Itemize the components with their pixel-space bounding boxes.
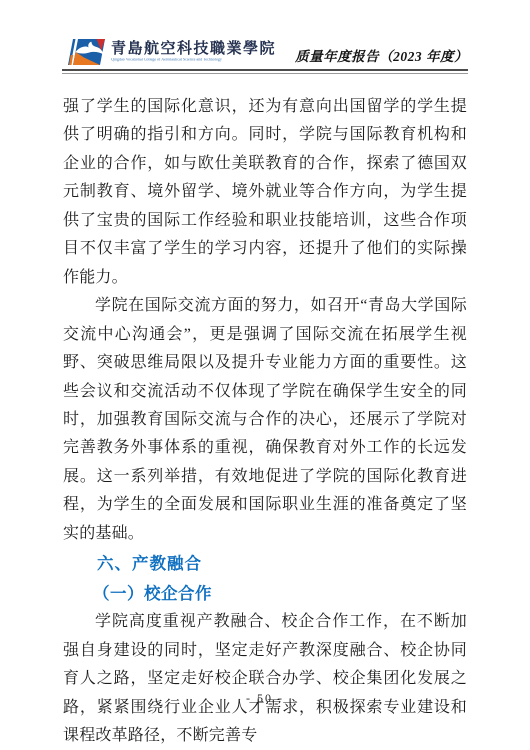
paragraph: 学院在国际交流方面的努力，如召开“青岛大学国际交流中心沟通会”，更是强调了国际交…: [63, 292, 467, 548]
section-heading: 六、产教融合: [97, 550, 467, 579]
page-header: 青島航空科技職業學院 Qingdao Vocational College of…: [62, 38, 468, 74]
college-logo-icon: [62, 38, 106, 66]
document-page: 青島航空科技職業學院 Qingdao Vocational College of…: [0, 0, 530, 750]
header-row: 青島航空科技職業學院 Qingdao Vocational College of…: [62, 38, 468, 66]
page-footer: - 50 -: [0, 691, 530, 706]
paragraph: 学院高度重视产教融合、校企合作工作，在不断加强自身建设的同时，坚定走好产教深度融…: [63, 608, 467, 750]
report-title: 质量年度报告（2023 年度）: [295, 45, 468, 66]
college-name: 青島航空科技職業學院: [111, 41, 276, 58]
college-name-english: Qingdao Vocational College of Aeronautic…: [111, 58, 243, 63]
header-divider: [62, 69, 468, 74]
subsection-heading: （一）校企合作: [93, 579, 467, 608]
college-brand: 青島航空科技職業學院 Qingdao Vocational College of…: [62, 38, 276, 66]
college-brand-text: 青島航空科技職業學院 Qingdao Vocational College of…: [111, 38, 276, 64]
document-body: 强了学生的国际化意识，还为有意向出国留学的学生提供了明确的指引和方向。同时，学院…: [63, 93, 467, 750]
paragraph: 强了学生的国际化意识，还为有意向出国留学的学生提供了明确的指引和方向。同时，学院…: [63, 93, 467, 292]
page-number: - 50 -: [246, 691, 284, 705]
